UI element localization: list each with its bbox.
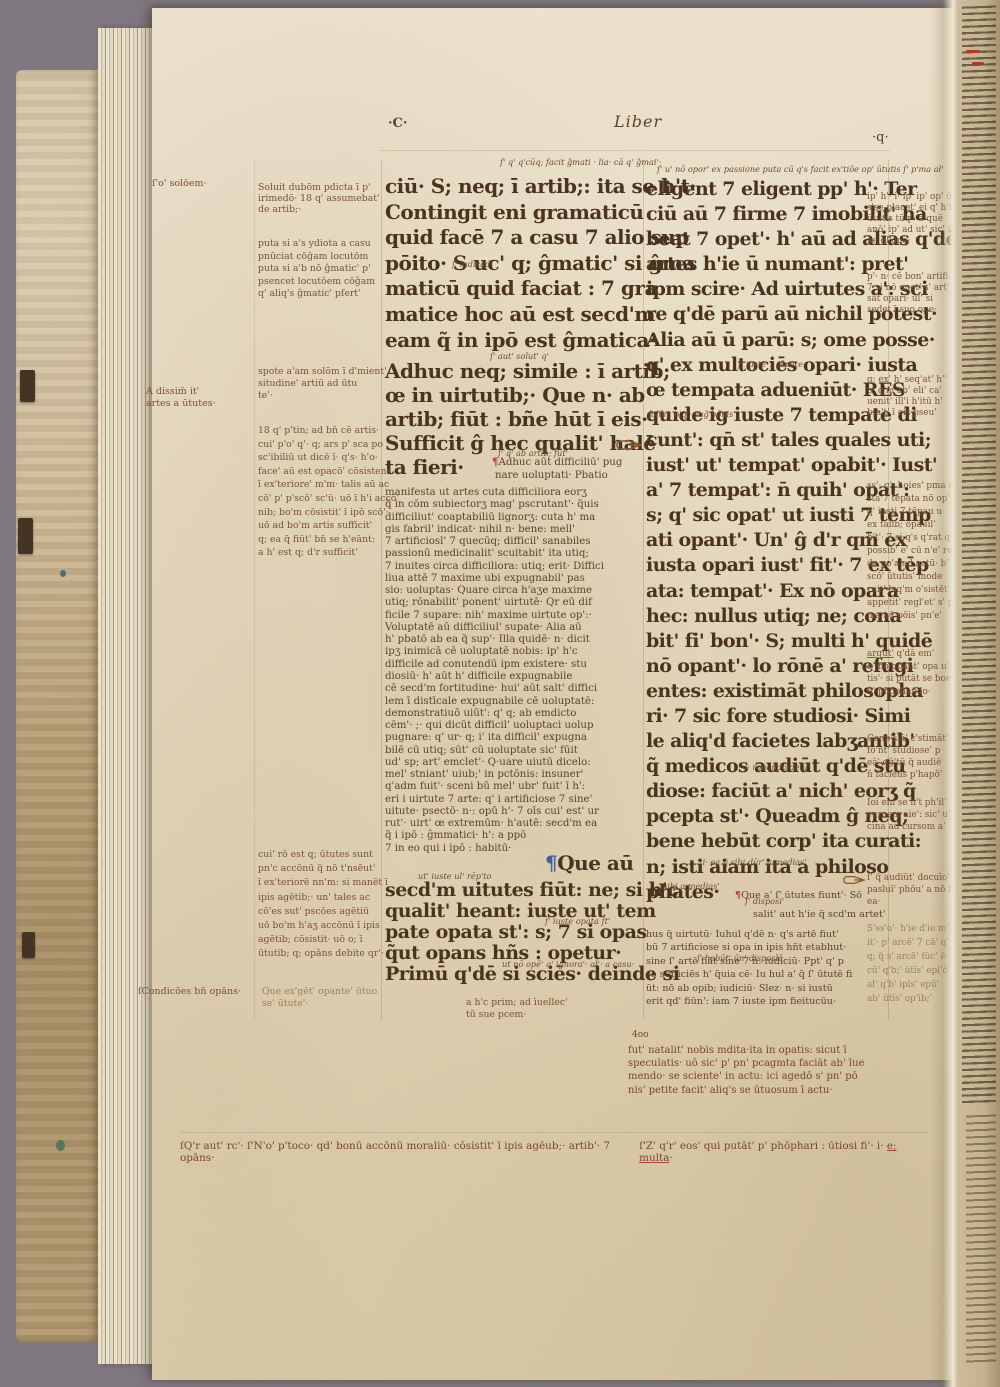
interlinear-gloss: ſ' q' ab artib; fūt' <box>498 449 568 458</box>
interlinear-gloss: ·i· ea q̃ sibi dūr' a medias' <box>700 858 806 867</box>
manuscript-photo: ·C· Liber ·q· ciū· S; neq; ī artib;: ita… <box>0 0 1000 1387</box>
bottom-rule-left: ſQ'r aut' rc'· ſ'N'o' p'toco· qd' bonū a… <box>180 1140 639 1164</box>
interlinear-gloss: ſ' iuste 7 tēpate <box>738 360 803 369</box>
inner-margin-gloss-2: puta si a's ydiota a casupnūciat cōĝam l… <box>258 238 388 301</box>
facing-page <box>958 0 1000 1387</box>
main-text-column2: eligent 7 eligent pp' h'· Terciū aū 7 fi… <box>646 177 888 905</box>
column-rule <box>254 160 255 1020</box>
column2-small-block: hus q̃ uirtutū· Iuhul q'dē n· q's artē f… <box>646 928 888 1008</box>
interlinear-gloss: ſ' hebūt' ūn' disposlā <box>697 954 783 963</box>
interlinear-gloss: ut' iuste ul' rēp'to <box>418 872 491 881</box>
bottom-annotation: fut' natalit' nobis mdita·ita in opatis:… <box>628 1044 890 1097</box>
bottom-rule-line: ſQ'r aut' rc'· ſ'N'o' p'toco· qd' bonū a… <box>180 1140 928 1164</box>
interlinear-gloss: ſolōm p'q'· suĝ'bōnis' <box>648 410 736 419</box>
interlinear-gloss: ſ' aut' solut' q' <box>490 352 549 361</box>
inner-margin-gloss-4: 18 q' p'tin; ad bn̄ cē artis·cui' p'o' q… <box>258 424 388 560</box>
inner-margin-gloss-3: spote a'am solōm ī d'mient'situdine' art… <box>258 366 388 402</box>
interlinear-gloss: ſ' u' nō opor' ex passione puta cū q's f… <box>657 165 944 174</box>
interlinear-gloss: ſ' disposi' <box>745 897 784 906</box>
interlinear-gloss: ſ' q' q'cūq; facit ĝmati · lia· cā q' ĝm… <box>500 158 661 167</box>
running-header-left: ·C· <box>388 116 407 131</box>
inner-margin-gloss-1: Soluit dubōm pdicta ī p'irimedō· 18 q' a… <box>258 182 388 216</box>
manicule-icon <box>843 874 865 886</box>
facing-page-text <box>966 1114 996 1365</box>
interlinear-gloss: ſ' iudicād' <box>452 260 493 269</box>
facing-page-rubric <box>972 62 984 65</box>
ruling-line <box>380 150 890 151</box>
clasp-remnant <box>18 518 33 554</box>
column2-small-lead: salit' aut h'ie q̃ scd'm artet' <box>753 910 885 919</box>
facing-page-rubric <box>966 50 980 53</box>
manicule-icon <box>616 438 642 452</box>
marginal-note-condiciones: ſCondicōes bn̄ opāns· <box>138 986 268 997</box>
main-text-column1-block1: ciū· S; neq; ī artib;: ita se h't·Contin… <box>385 174 643 353</box>
main-text-column1-block3: secd'm uitutes fiūt: ne; si h'cqualit' h… <box>385 880 643 985</box>
bottom-rule-right: ſ'Z' q'r' eos' qui putāt' p' phōphari : … <box>639 1140 928 1164</box>
bottom-note-mark: 4oo <box>632 1030 649 1040</box>
interlinear-gloss: ut nō opē' q' ignora'· ał'· a casu· <box>502 960 634 969</box>
column1-end-gloss: a h'c prim; ad īuellec'tū sue pcem· <box>466 997 626 1020</box>
interlinear-gloss: ſ' iuste opata ſt' <box>545 917 610 926</box>
running-header-title: Liber <box>614 112 662 131</box>
commentary-lead-line: ¶Adhuc aūt difficiliū' pug <box>492 458 622 467</box>
capitulum-que-line: ¶Que aū <box>545 851 633 875</box>
running-header-right: ·q· <box>872 130 889 145</box>
interlinear-gloss: sibi a medias' <box>663 882 720 891</box>
marginal-note-dissim: A dissim̄ it'artes a ūtutes· <box>146 386 266 410</box>
stain-speck <box>56 1140 65 1151</box>
commentary-block: manifesta ut artes cuta difficiliora eor… <box>385 487 643 855</box>
interlinear-gloss: ·i· rōnando de ū' <box>742 763 810 772</box>
clasp-remnant <box>22 932 35 958</box>
book-cover-edge <box>16 70 98 1342</box>
stain-speck <box>60 570 66 577</box>
page-edge-stack <box>98 28 156 1364</box>
clasp-remnant <box>20 370 35 402</box>
ruling-line <box>180 1132 928 1133</box>
inner-margin-gloss-6: Que ex'gēt' opante' ūtuose' ūtute'· <box>262 986 392 1010</box>
facing-page-text <box>962 5 996 1106</box>
marginal-note-solutio: ſ'o' solōem· <box>152 178 262 189</box>
commentary-lead-line: nare uoluptati· Pbatio <box>495 471 608 480</box>
inner-margin-gloss-5: cui' rō est q; ūtutes suntpn'c accōnū q̃… <box>258 848 388 962</box>
